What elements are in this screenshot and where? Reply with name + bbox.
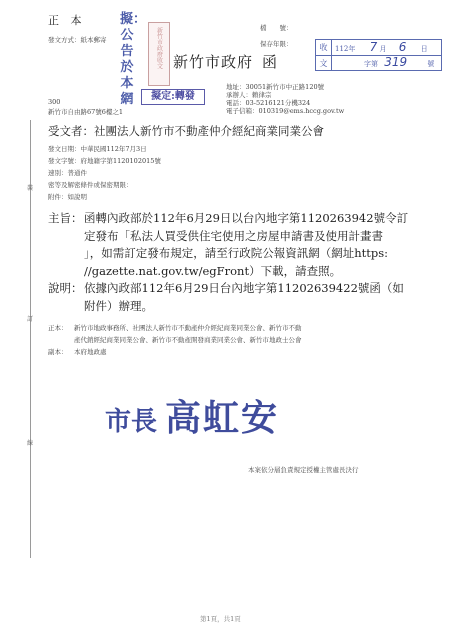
receipt-stamp: 收 文 112年 7 月 6 日 字第 319 號 — [315, 39, 442, 71]
original-recipients-line: 產代銷經紀商業同業公會、新竹市不動產開發商業同業公會、新竹市地政士公會 — [74, 335, 302, 344]
original-recipients-line: 新竹市地政事務所、社團法人新竹市不動產仲介經紀商業同業公會、新竹市不動 — [74, 323, 302, 332]
draft-stamp: 擬定:轉發 — [141, 89, 205, 105]
binding-mark: 裝 — [27, 183, 33, 192]
issue-date: 發文日期：中華民國112年7月3日 — [48, 144, 147, 153]
file-number-label: 檔 號： — [260, 23, 293, 32]
subject-line: //gazette.nat.gov.tw/egFront）下載，請查照。 — [84, 263, 341, 281]
delegation-note: 本案依分層負責規定授權主管處長決行 — [248, 465, 359, 474]
confidentiality: 密等及解密條件或保密期限： — [48, 180, 133, 189]
copy-type: 正 本 — [48, 12, 86, 28]
retention-label: 保存年限： — [260, 39, 293, 48]
urgency: 速別：普通件 — [48, 168, 87, 177]
delivery-method: 發文方式：紙本郵寄 — [48, 35, 107, 44]
page-number: 第1頁，共1頁 — [200, 614, 241, 623]
issue-number: 發文字號：府地籍字第1120102015號 — [48, 156, 161, 165]
original-recipients-label: 正本： — [48, 323, 68, 332]
attachment: 附件：如說明 — [48, 192, 87, 201]
receipt-col-top: 收 — [316, 40, 331, 56]
subject-line: 函轉內政部於112年6月29日以台內地字第1120263942號令訂 — [84, 210, 408, 228]
recipient: 受文者：社團法人新竹市不動產仲介經紀商業同業公會 — [48, 123, 324, 139]
binding-mark: 線 — [27, 438, 33, 447]
red-receipt-seal: 新竹市政府收文 — [148, 22, 170, 86]
explanation-line: 依據內政部112年6月29日台內地字第11202639422號函（如 — [84, 280, 404, 298]
receipt-col-bottom: 文 — [316, 56, 331, 71]
sender-postal-code: 300 — [48, 98, 60, 106]
explanation-label: 說明： — [48, 280, 83, 298]
subject-label: 主旨： — [48, 210, 83, 228]
copy-recipients-label: 副本： — [48, 347, 68, 356]
receipt-date-row: 112年 7 月 6 日 — [332, 40, 441, 56]
subject-line: 定發布「私法人買受供住宅使用之房屋申請書及使用計畫書 — [84, 228, 383, 246]
sender-address: 新竹市自由路67號6樓之1 — [48, 107, 123, 116]
signature-title: 市長 — [105, 407, 157, 437]
agency-name: 新竹市政府 — [173, 51, 253, 72]
signature-name: 高虹安 — [165, 398, 279, 439]
contact-email: 電子信箱：010319@ems.hccg.gov.tw — [226, 106, 344, 115]
vertical-handwritten-note: 擬：公告於本網 — [120, 12, 134, 108]
explanation-line: 附件）辦理。 — [84, 298, 153, 316]
copy-recipients: 本府地政處 — [74, 347, 107, 356]
receipt-number-row: 字第 319 號 — [332, 55, 441, 70]
document-type: 函 — [262, 51, 278, 72]
mayor-signature: 市長高虹安 — [105, 390, 279, 441]
subject-line: 」，如需訂定發布規定，請至行政院公報資訊網（網址https: — [84, 245, 388, 263]
binding-mark: 訂 — [27, 314, 33, 323]
